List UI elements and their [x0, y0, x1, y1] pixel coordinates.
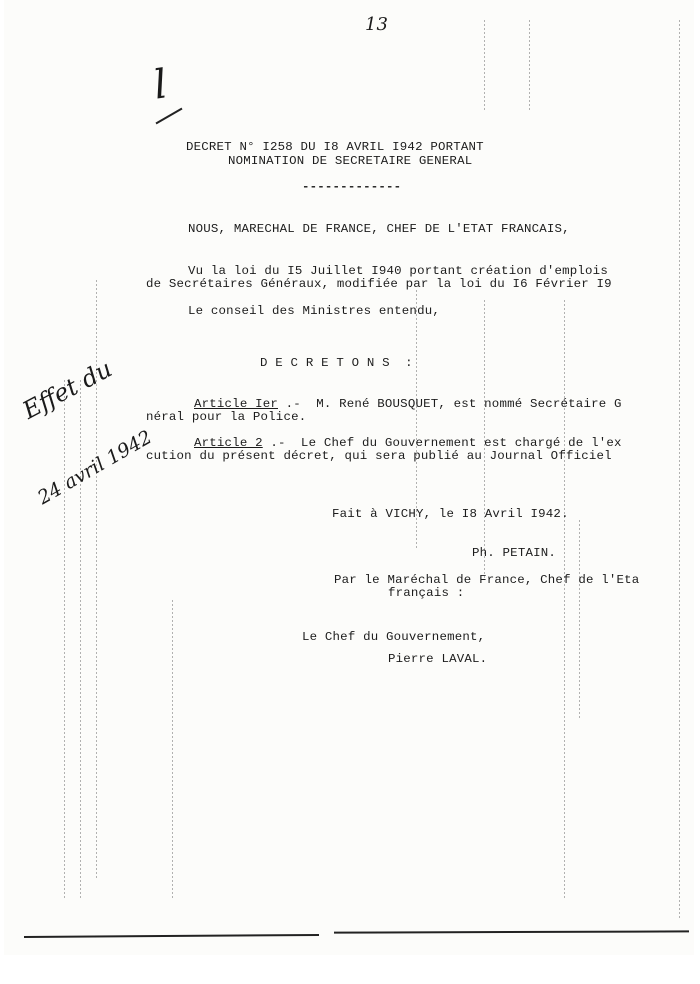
scan-streak — [484, 20, 485, 110]
scan-streak — [80, 380, 81, 900]
margin-underline — [156, 108, 183, 125]
article-2: Article 2 .- Le Chef du Gouvernement est… — [194, 436, 622, 450]
preamble-vu-line2: de Secrétaires Généraux, modifiée par la… — [146, 277, 612, 291]
bottom-edge-line-left — [24, 934, 319, 938]
page-number: 13 — [365, 14, 388, 35]
article-2-line2: cution du présent décret, qui sera publi… — [146, 449, 612, 463]
scan-streak — [679, 20, 680, 920]
decree-title-line1: DECRET N° I258 DU I8 AVRIL I942 PORTANT — [186, 140, 484, 154]
scan-streak — [579, 520, 580, 720]
article-1-label: Article Ier — [194, 397, 278, 411]
scan-streak — [172, 600, 173, 900]
preamble-conseil: Le conseil des Ministres entendu, — [188, 304, 440, 318]
preamble-nous: NOUS, MARECHAL DE FRANCE, CHEF DE L'ETAT… — [188, 222, 570, 236]
par-le-marechal-line2: français : — [388, 586, 464, 600]
scan-streak — [64, 380, 65, 900]
bottom-edge-line-right — [334, 930, 689, 933]
article-1-line2: néral pour la Police. — [146, 410, 306, 424]
par-le-marechal-line1: Par le Maréchal de France, Chef de l'Eta — [334, 573, 639, 587]
handwritten-note-line2: 24 avril 1942 — [34, 426, 156, 509]
signature-petain: Ph. PETAIN. — [472, 546, 556, 560]
article-2-label: Article 2 — [194, 436, 263, 450]
scan-streak — [564, 300, 565, 900]
margin-mark: l — [151, 61, 170, 108]
fait-a-vichy: Fait à VICHY, le I8 Avril I942. — [332, 507, 569, 521]
decretons-heading: D E C R E T O N S : — [260, 356, 413, 370]
chef-du-gouvernement: Le Chef du Gouvernement, — [302, 630, 485, 644]
scanned-page: 13 l DECRET N° I258 DU I8 AVRIL I942 POR… — [4, 0, 694, 955]
scan-streak — [529, 20, 530, 110]
handwritten-note-line1: Effet du — [18, 355, 117, 425]
title-separator: ------------- — [302, 180, 401, 194]
preamble-vu-line1: Vu la loi du I5 Juillet I940 portant cré… — [188, 264, 608, 278]
decree-title-line2: NOMINATION DE SECRETAIRE GENERAL — [228, 154, 472, 168]
signature-laval: Pierre LAVAL. — [388, 652, 487, 666]
article-1: Article Ier .- M. René BOUSQUET, est nom… — [194, 397, 622, 411]
